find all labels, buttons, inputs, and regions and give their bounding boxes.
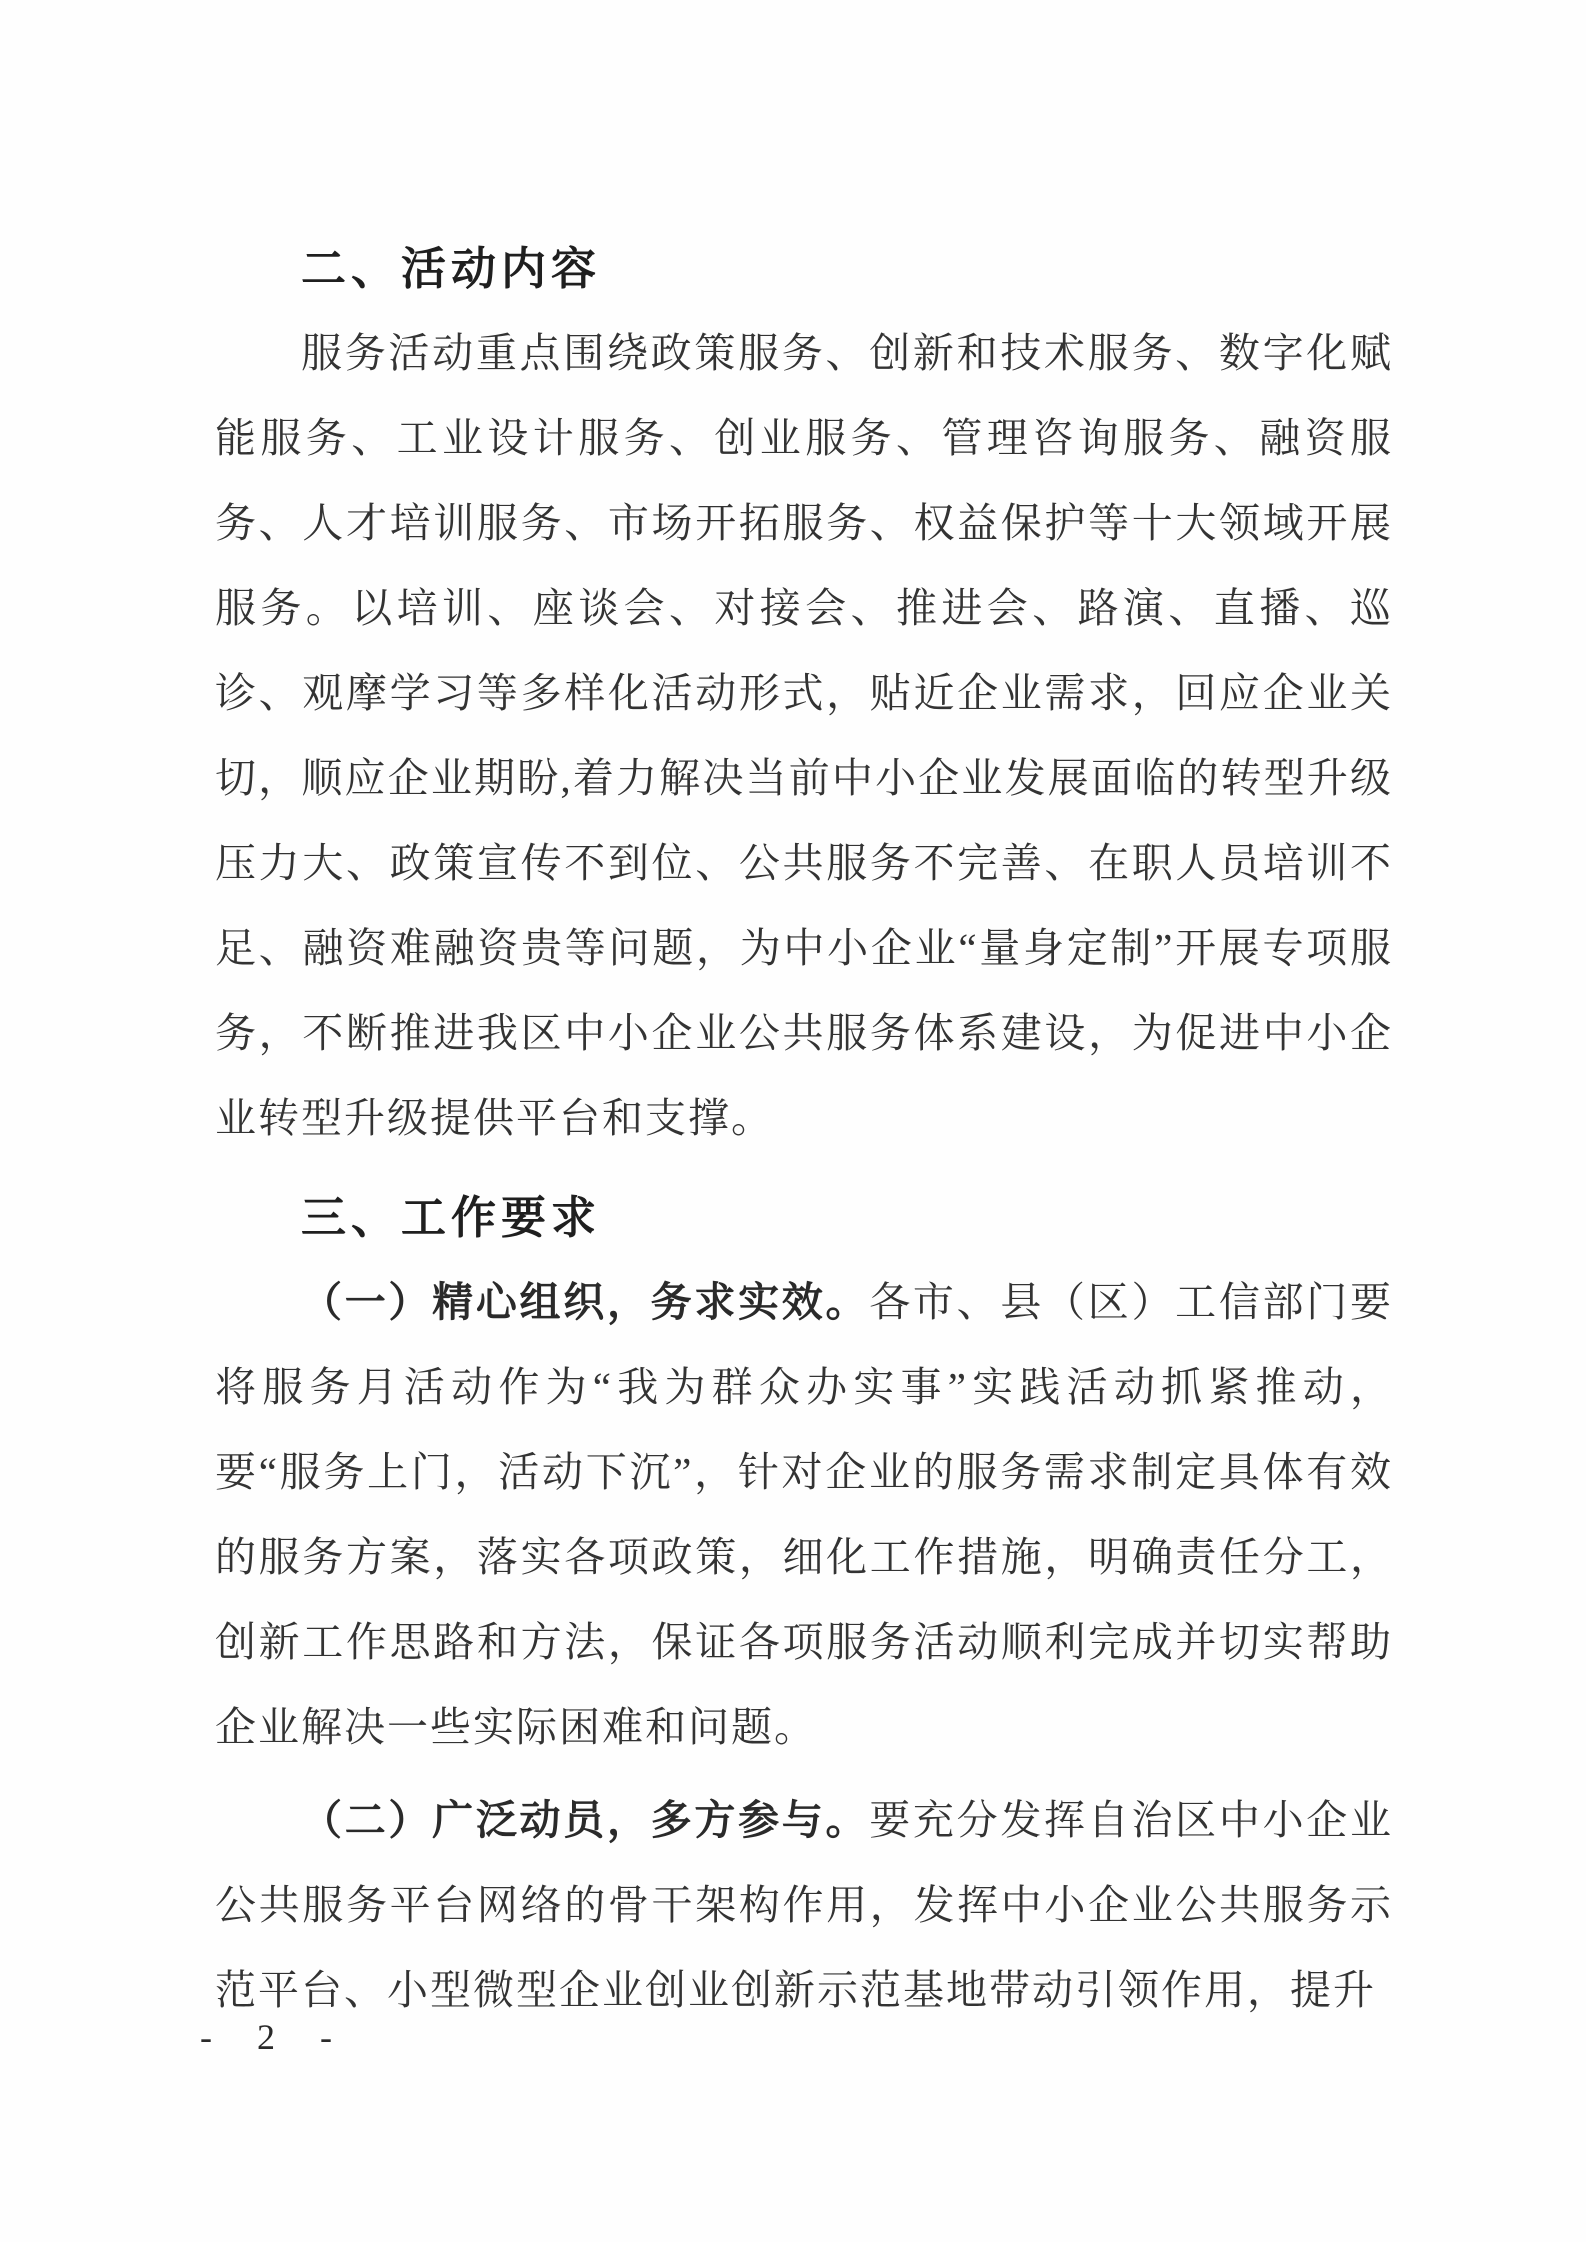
section-heading-work-requirements: 三、工作要求 (215, 1175, 1393, 1260)
work-requirement-item-1-lead: （一）精心组织，务求实效。 (301, 1279, 869, 1325)
document-content: 二、活动内容 服务活动重点围绕政策服务、创新和技术服务、数字化赋能服务、工业设计… (215, 226, 1393, 2033)
document-page: 二、活动内容 服务活动重点围绕政策服务、创新和技术服务、数字化赋能服务、工业设计… (0, 0, 1586, 2242)
work-requirement-item-1-text: 各市、县（区）工信部门要将服务月活动作为“我为群众办实事”实践活动抓紧推动，要“… (215, 1279, 1393, 1750)
work-requirement-item-2: （二）广泛动员，多方参与。要充分发挥自治区中小企业公共服务平台网络的骨干架构作用… (215, 1778, 1393, 2033)
work-requirement-item-2-lead: （二）广泛动员，多方参与。 (301, 1797, 869, 1843)
activity-content-paragraph: 服务活动重点围绕政策服务、创新和技术服务、数字化赋能服务、工业设计服务、创业服务… (215, 311, 1393, 1161)
section-heading-activity-content: 二、活动内容 (215, 226, 1393, 311)
page-number: - 2 - (200, 2016, 342, 2058)
work-requirement-item-1: （一）精心组织，务求实效。各市、县（区）工信部门要将服务月活动作为“我为群众办实… (215, 1260, 1393, 1770)
